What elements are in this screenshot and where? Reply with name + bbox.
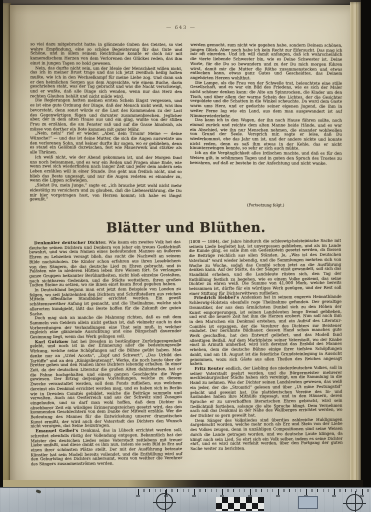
ruler-speck: [36, 489, 42, 493]
paragraph: Friedrich Hebbel’s Andenken hat in seine…: [189, 295, 342, 367]
paragraph-lead: Friedrich Hebbel’s: [194, 295, 241, 300]
serial-text-section: so viel dazu mitgebracht hatte: in glänz…: [30, 42, 343, 210]
paragraph: Ich weiß nicht, wie der Abend gekommen i…: [30, 155, 182, 184]
paragraph-lead: Karl Gutzkow: [35, 339, 71, 344]
paragraph: Die Regierungen hatten meinen ersten Sch…: [30, 99, 182, 133]
page-number: — 643 —: [10, 25, 352, 31]
paragraph: werden gemacht, zum nicht wie gegeben ha…: [190, 43, 342, 81]
scanned-book-photo: — 643 — so viel dazu mitgebracht hatte: …: [0, 0, 371, 512]
paragraph: Fritz Reuter endlich, der Liebling des n…: [190, 366, 343, 419]
text-column-left: so viel dazu mitgebracht hatte: in glänz…: [30, 42, 183, 210]
calibration-ruler: [0, 487, 371, 512]
paragraph: Denkmäler deutscher Dichter. Wie kaum ei…: [29, 240, 181, 288]
registration-crosshair-icon: [346, 494, 363, 511]
paragraph: In Deutschland begann man erst jetzt dem…: [29, 287, 181, 316]
paragraph: Emanuel Geibel’s Denkmal, das in Lübeck …: [31, 428, 183, 467]
paragraph: Nein, das durfte nicht sein, um der Idea…: [30, 66, 182, 100]
paragraph-lead: Emanuel Geibel’s: [36, 428, 81, 433]
scan-background-left: [0, 0, 3, 512]
feuilleton-text-section: Denkmäler deutscher Dichter. Wie kaum ei…: [29, 239, 343, 478]
paragraph: Karl Gutzkow hat bei Dresden in beständi…: [30, 339, 182, 430]
continuation-note: (Fortsetzung folgt.): [190, 202, 342, 208]
ruler-major-ticks: [138, 489, 371, 495]
paragraph: so viel dazu mitgebracht hatte: in glänz…: [30, 42, 182, 66]
gray-calibration-patch: [298, 496, 318, 509]
text-column-right: werden gemacht, zum nicht wie gegeben ha…: [190, 43, 343, 196]
text-column-left: Denkmäler deutscher Dichter. Wie kaum ei…: [29, 240, 182, 478]
section-heading: Blätter und Blüthen.: [30, 220, 342, 236]
book-page: — 643 — so viel dazu mitgebracht hatte: …: [10, 5, 352, 482]
text-column-right-wrap: werden gemacht, zum nicht wie gegeben ha…: [190, 43, 343, 211]
checkerboard-target: [216, 497, 264, 511]
paragraph: Ich an die Vergänglichkeit alles Irdisch…: [190, 151, 342, 166]
paragraph-lead: Fritz Reuter: [195, 366, 226, 371]
paragraph: Die Lampe, als die Frau von der Schwelle…: [190, 81, 342, 119]
paragraph: Dem Sänger des Volksliedes sind überdies…: [190, 417, 343, 451]
paragraph: „Siehst Du, mein Junge,“ sagte er, „ich …: [30, 183, 182, 202]
paragraph: (1808 — 1884), der Jahre hindurch die sc…: [189, 239, 342, 297]
scan-background-right: [361, 0, 371, 489]
paragraph: „Nein, nein!“ rief er wieder. „Aber, dei…: [30, 132, 182, 156]
paragraph-lead: Denkmäler deutscher Dichter.: [34, 240, 108, 245]
paragraph: Das kann ich in den Wagen, der ihn nach …: [190, 118, 342, 152]
registration-crosshair-icon: [156, 493, 173, 510]
text-column-right: (1808 — 1884), der Jahre hindurch die sc…: [189, 239, 343, 477]
paragraph: Doch mag sich an manche die Mahnung rich…: [30, 315, 182, 340]
